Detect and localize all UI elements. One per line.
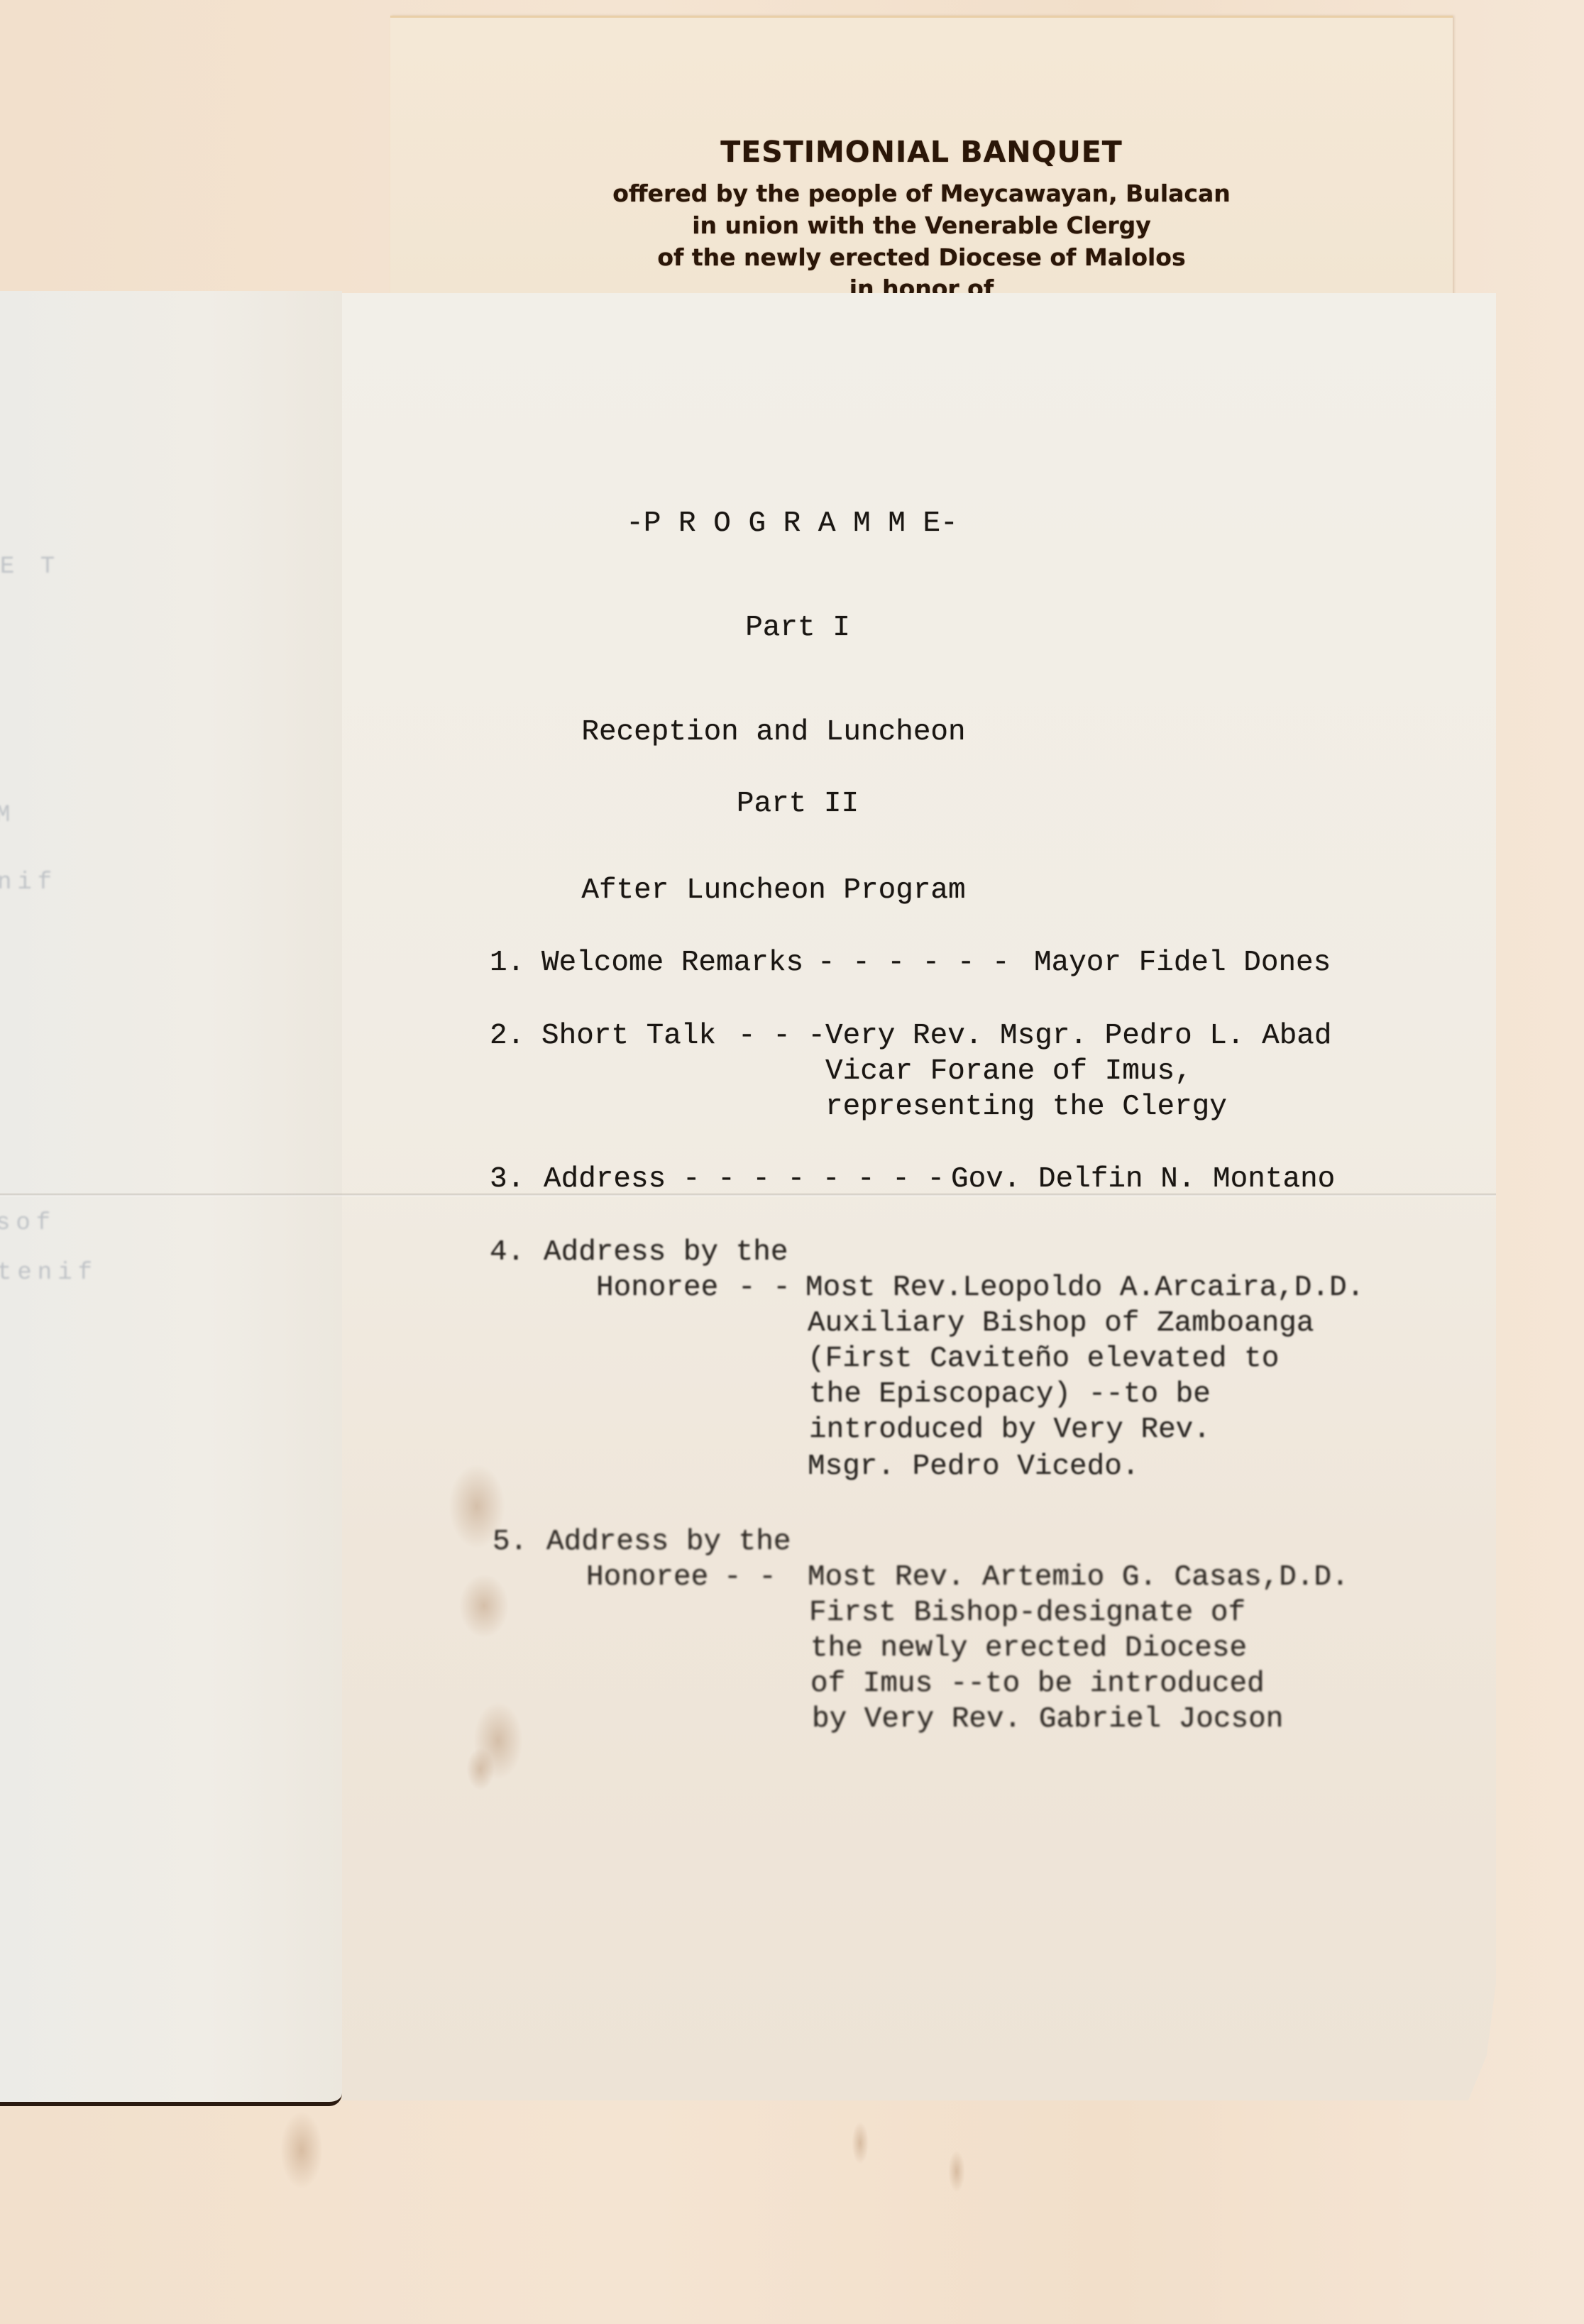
item-label-line-2: Honoree: [596, 1274, 718, 1303]
item-leader: - -: [738, 1274, 791, 1303]
item-number: 2.: [490, 1022, 524, 1051]
item-leader: - - -: [738, 1022, 825, 1051]
item-leader: - -: [724, 1563, 776, 1592]
programme-sheet: [342, 293, 1496, 2100]
banquet-card: TESTIMONIAL BANQUET offered by the peopl…: [390, 16, 1453, 302]
item-label: Welcome Remarks: [541, 949, 803, 978]
item-number: 4.: [490, 1238, 524, 1267]
item-speaker: Most Rev. Artemio G. Casas,D.D.: [808, 1563, 1349, 1592]
item-label: Address by the: [544, 1238, 788, 1267]
item-number: 5.: [493, 1528, 527, 1557]
stain-mark: [948, 2150, 965, 2193]
card-line-in-union: in union with the Venerable Clergy: [390, 211, 1453, 239]
card-title: TESTIMONIAL BANQUET: [390, 135, 1453, 169]
item-number: 1.: [490, 949, 524, 978]
part-1-title: Part I: [6, 614, 1584, 643]
item-speaker: Most Rev.Leopoldo A.Arcaira,D.D.: [805, 1274, 1364, 1303]
part-2-title: Part II: [6, 790, 1584, 819]
ghost-text-fragment: sof: [0, 1210, 56, 1237]
part-2-subtitle: After Luncheon Program: [0, 876, 1566, 905]
card-line-diocese: of the newly erected Diocese of Malolos: [390, 243, 1453, 271]
item-speaker: of Imus --to be introduced: [810, 1670, 1265, 1699]
item-speaker: First Bishop-designate of: [809, 1599, 1245, 1628]
left-underlying-sheet: E T M nif sof tenif: [0, 291, 342, 2106]
stain-mark: [459, 1574, 509, 1638]
stain-mark: [280, 2111, 323, 2189]
item-leader: - - - - - - - -: [683, 1165, 945, 1194]
stain-mark: [852, 2122, 869, 2164]
item-speaker: Gov. Delfin N. Montano: [951, 1165, 1335, 1194]
item-speaker: Msgr. Pedro Vicedo.: [808, 1453, 1139, 1482]
item-label: Address: [544, 1165, 666, 1194]
item-speaker: representing the Clergy: [825, 1093, 1227, 1122]
item-leader: - - - - - -: [818, 949, 1010, 978]
item-label-line-2: Honoree: [586, 1563, 708, 1592]
item-speaker: Very Rev. Msgr. Pedro L. Abad: [825, 1022, 1332, 1051]
item-speaker: by Very Rev. Gabriel Jocson: [812, 1705, 1283, 1734]
item-speaker: the Episcopacy) --to be: [809, 1380, 1211, 1409]
item-label: Address by the: [546, 1528, 791, 1557]
card-line-offered-by: offered by the people of Meycawayan, Bul…: [390, 180, 1453, 207]
ghost-text-fragment: E T: [0, 554, 60, 580]
item-speaker: introduced by Very Rev.: [809, 1416, 1211, 1445]
item-label: Short Talk: [541, 1022, 716, 1051]
part-1-subtitle: Reception and Luncheon: [0, 718, 1566, 747]
stain-mark: [466, 1748, 495, 1790]
item-speaker: Auxiliary Bishop of Zamboanga: [808, 1309, 1314, 1338]
item-speaker: (First Caviteño elevated to: [808, 1345, 1279, 1374]
item-speaker: the newly erected Diocese: [810, 1634, 1247, 1663]
item-speaker: Mayor Fidel Dones: [1034, 949, 1331, 978]
item-number: 3.: [490, 1165, 524, 1194]
programme-heading: -P R O G R A M M E-: [0, 510, 1584, 539]
item-speaker: Vicar Forane of Imus,: [825, 1057, 1192, 1086]
ghost-text-fragment: tenif: [0, 1260, 98, 1287]
